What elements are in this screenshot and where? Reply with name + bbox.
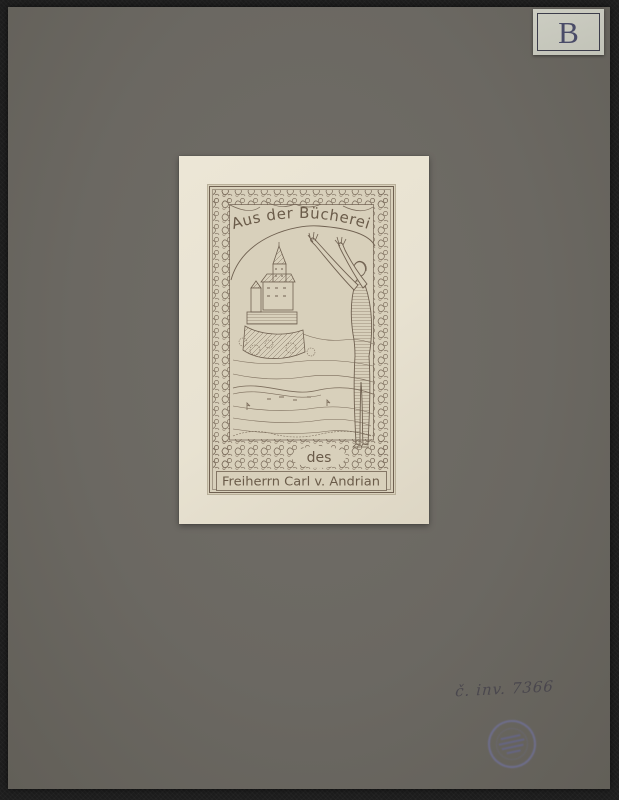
- photograph-of-bookplate: B: [0, 0, 619, 800]
- connector-text: des: [307, 450, 332, 466]
- collection-label: B: [533, 9, 604, 55]
- etched-plate: Aus der Bücherei: [207, 184, 396, 495]
- collection-label-letter: B: [533, 9, 604, 55]
- bookplate-sheet: Aus der Bücherei: [179, 156, 429, 524]
- owner-text: Freiherrn Carl v. Andrian: [222, 475, 380, 489]
- owner-band: Freiherrn Carl v. Andrian: [217, 472, 387, 491]
